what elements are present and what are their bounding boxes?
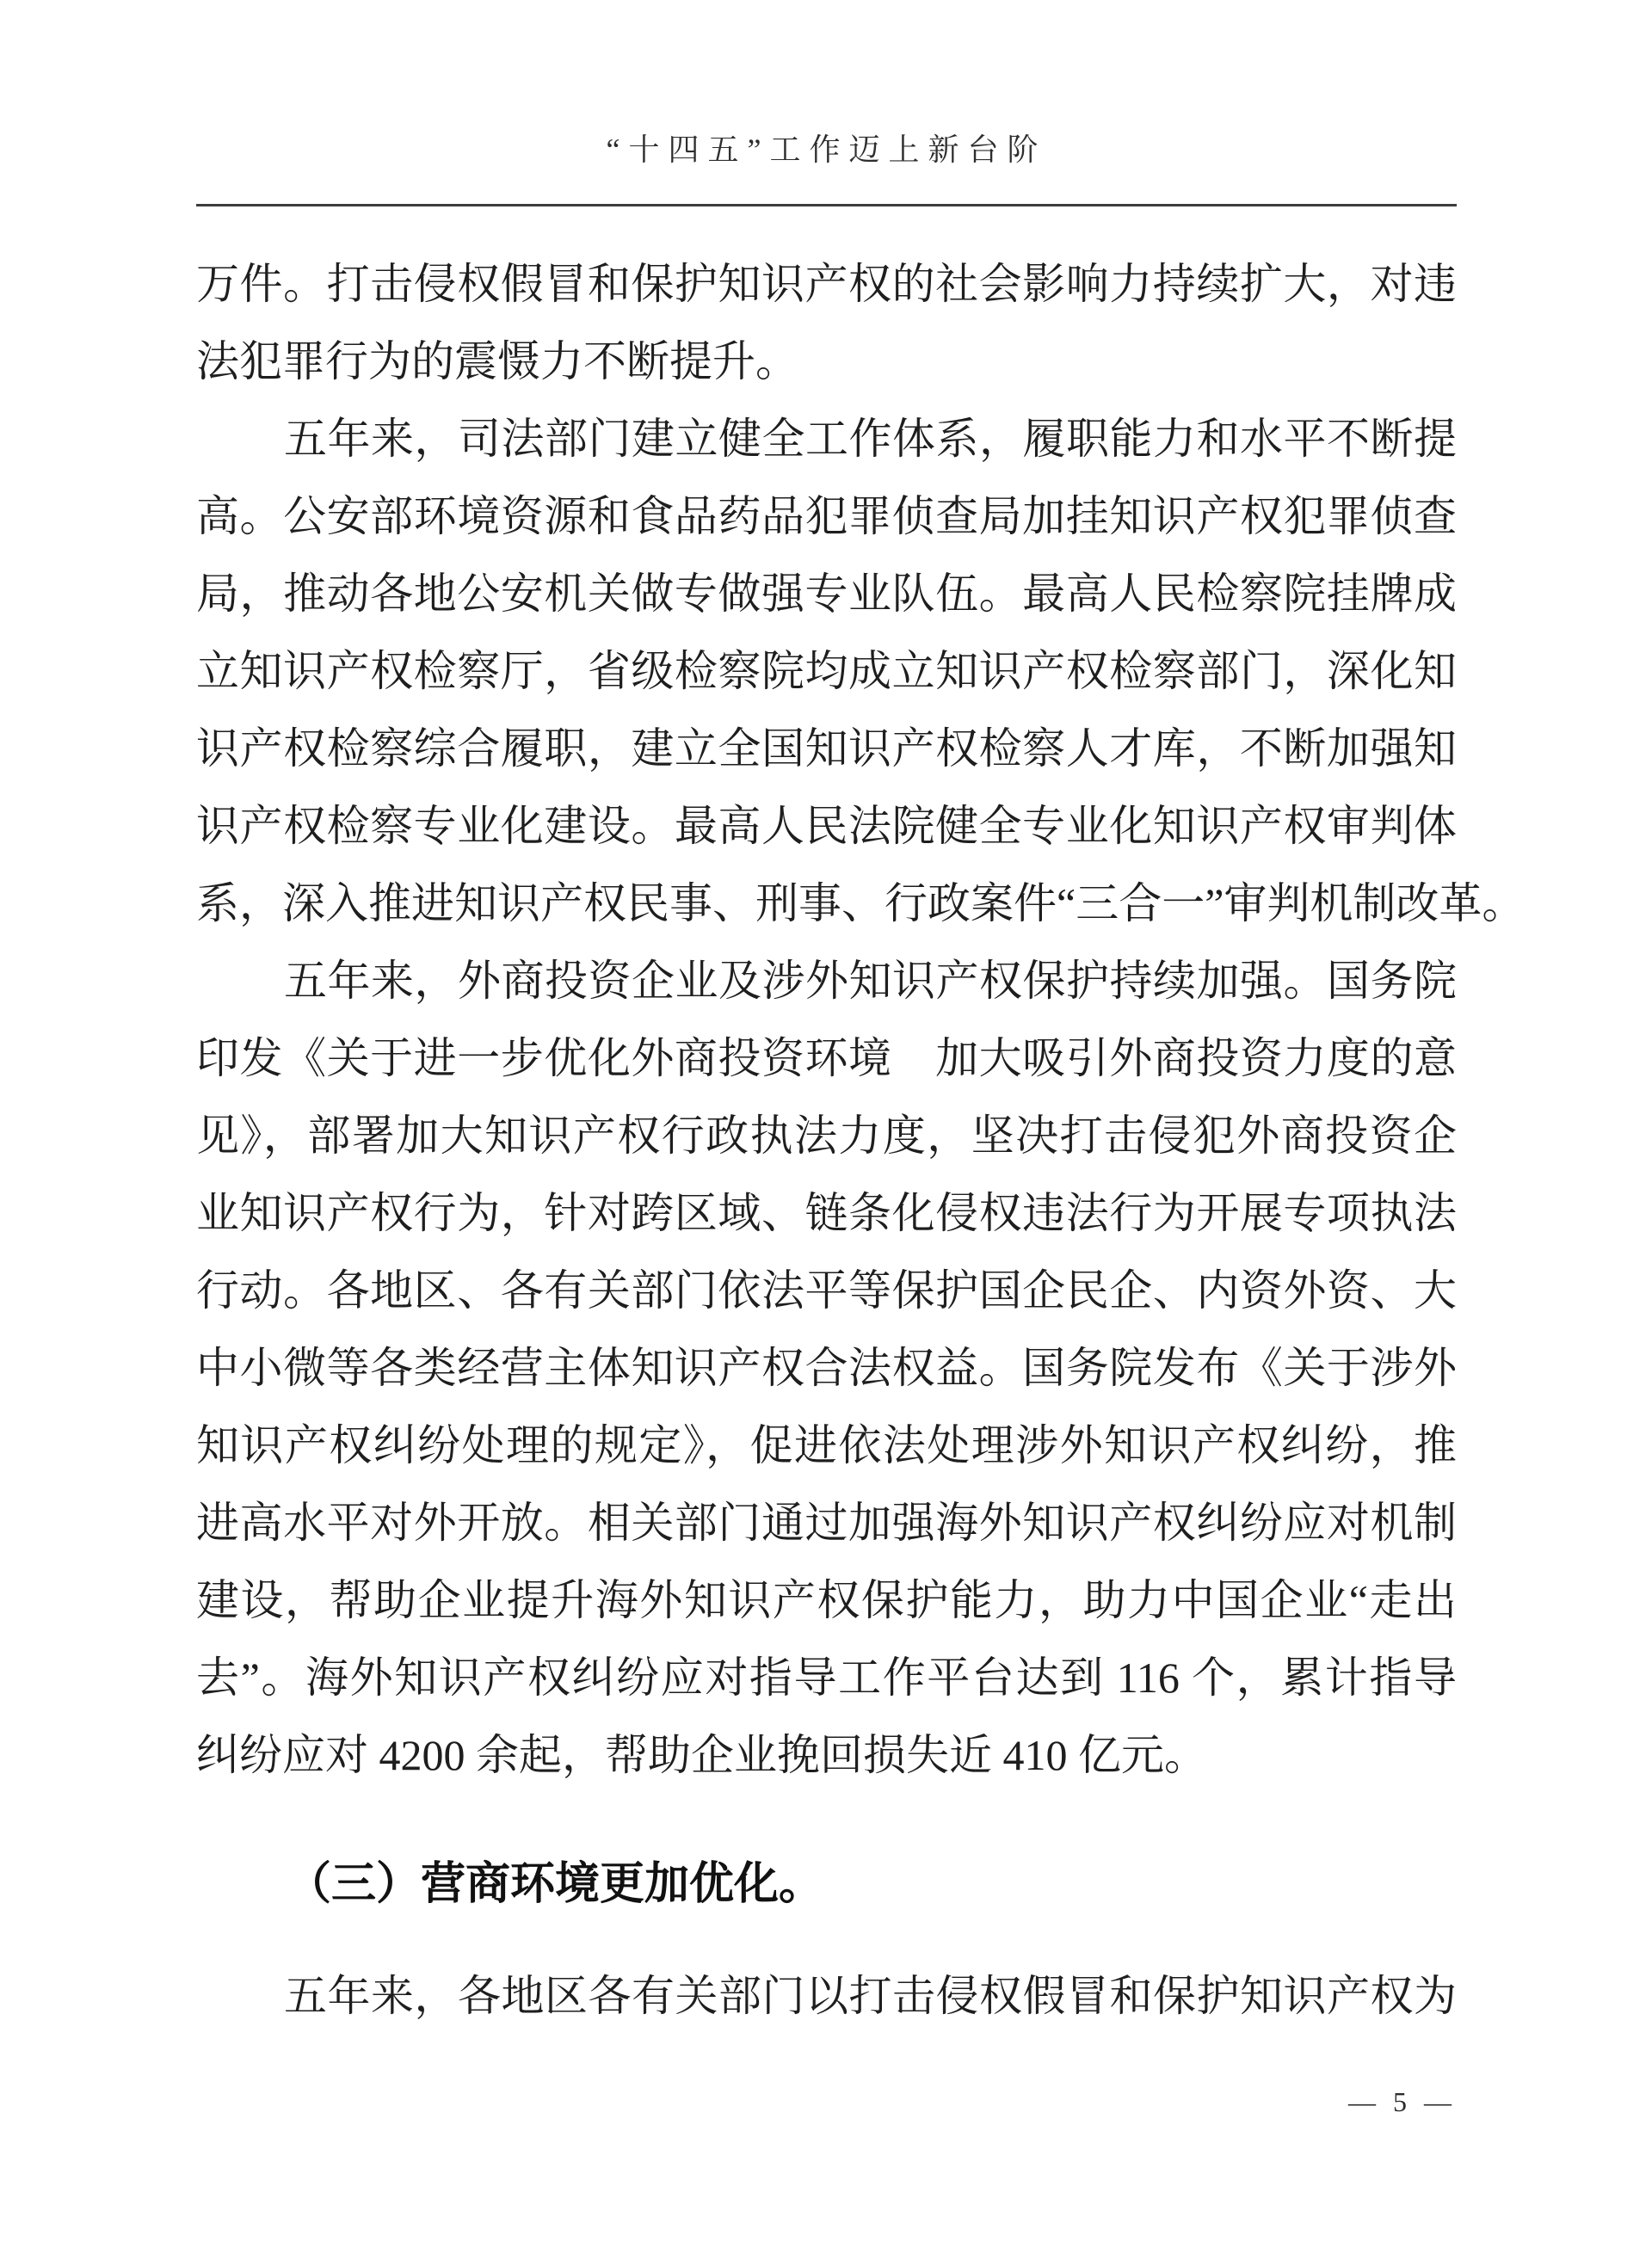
body-line: 高。公安部环境资源和食品药品犯罪侦查局加挂知识产权犯罪侦查 <box>196 477 1457 555</box>
running-head: “十四五”工作迈上新台阶 <box>196 0 1457 172</box>
document-page: “十四五”工作迈上新台阶 万件。打击侵权假冒和保护知识产权的社会影响力持续扩大，… <box>0 0 1652 2242</box>
body-line: 局，推动各地公安机关做专做强专业队伍。最高人民检察院挂牌成 <box>196 555 1457 632</box>
body-line: 五年来，各地区各有关部门以打击侵权假冒和保护知识产权为 <box>196 1957 1457 2035</box>
body-line: 知识产权纠纷处理的规定》，促进依法处理涉外知识产权纠纷，推 <box>196 1407 1457 1484</box>
page-number: — 5 — <box>196 2076 1457 2128</box>
body-line: 识产权检察专业化建设。最高人民法院健全专业化知识产权审判体 <box>196 787 1457 865</box>
body-line: 去”。海外知识产权纠纷应对指导工作平台达到 116 个，累计指导 <box>196 1639 1457 1716</box>
body-line: 进高水平对外开放。相关部门通过加强海外知识产权纠纷应对机制 <box>196 1484 1457 1561</box>
section-heading: （三）营商环境更加优化。 <box>196 1845 1457 1923</box>
closing-paragraph: 五年来，各地区各有关部门以打击侵权假冒和保护知识产权为 <box>196 1957 1457 2035</box>
body-line: 系，深入推进知识产权民事、刑事、行政案件“三合一”审判机制改革。 <box>196 865 1457 942</box>
body-line: 识产权检察综合履职，建立全国知识产权检察人才库，不断加强知 <box>196 710 1457 787</box>
body-line: 中小微等各类经营主体知识产权合法权益。国务院发布《关于涉外 <box>196 1329 1457 1407</box>
body-line: 五年来，外商投资企业及涉外知识产权保护持续加强。国务院 <box>196 942 1457 1019</box>
body-line: 见》，部署加大知识产权行政执法力度，坚决打击侵犯外商投资企 <box>196 1097 1457 1174</box>
body-line: 印发《关于进一步优化外商投资环境 加大吸引外商投资力度的意 <box>196 1019 1457 1097</box>
header-rule <box>196 204 1457 206</box>
body-line: 万件。打击侵权假冒和保护知识产权的社会影响力持续扩大，对违 <box>196 245 1457 323</box>
body-line: 五年来，司法部门建立健全工作体系，履职能力和水平不断提 <box>196 400 1457 477</box>
body-text: 万件。打击侵权假冒和保护知识产权的社会影响力持续扩大，对违 法犯罪行为的震慑力不… <box>196 245 1457 1794</box>
content-column: “十四五”工作迈上新台阶 万件。打击侵权假冒和保护知识产权的社会影响力持续扩大，… <box>196 0 1457 2128</box>
body-line: 立知识产权检察厅，省级检察院均成立知识产权检察部门，深化知 <box>196 632 1457 710</box>
body-line: 法犯罪行为的震慑力不断提升。 <box>196 323 1457 400</box>
body-line: 业知识产权行为，针对跨区域、链条化侵权违法行为开展专项执法 <box>196 1174 1457 1252</box>
body-line: 纠纷应对 4200 余起，帮助企业挽回损失近 410 亿元。 <box>196 1716 1457 1794</box>
body-line: 行动。各地区、各有关部门依法平等保护国企民企、内资外资、大 <box>196 1252 1457 1329</box>
body-line: 建设，帮助企业提升海外知识产权保护能力，助力中国企业“走出 <box>196 1561 1457 1639</box>
